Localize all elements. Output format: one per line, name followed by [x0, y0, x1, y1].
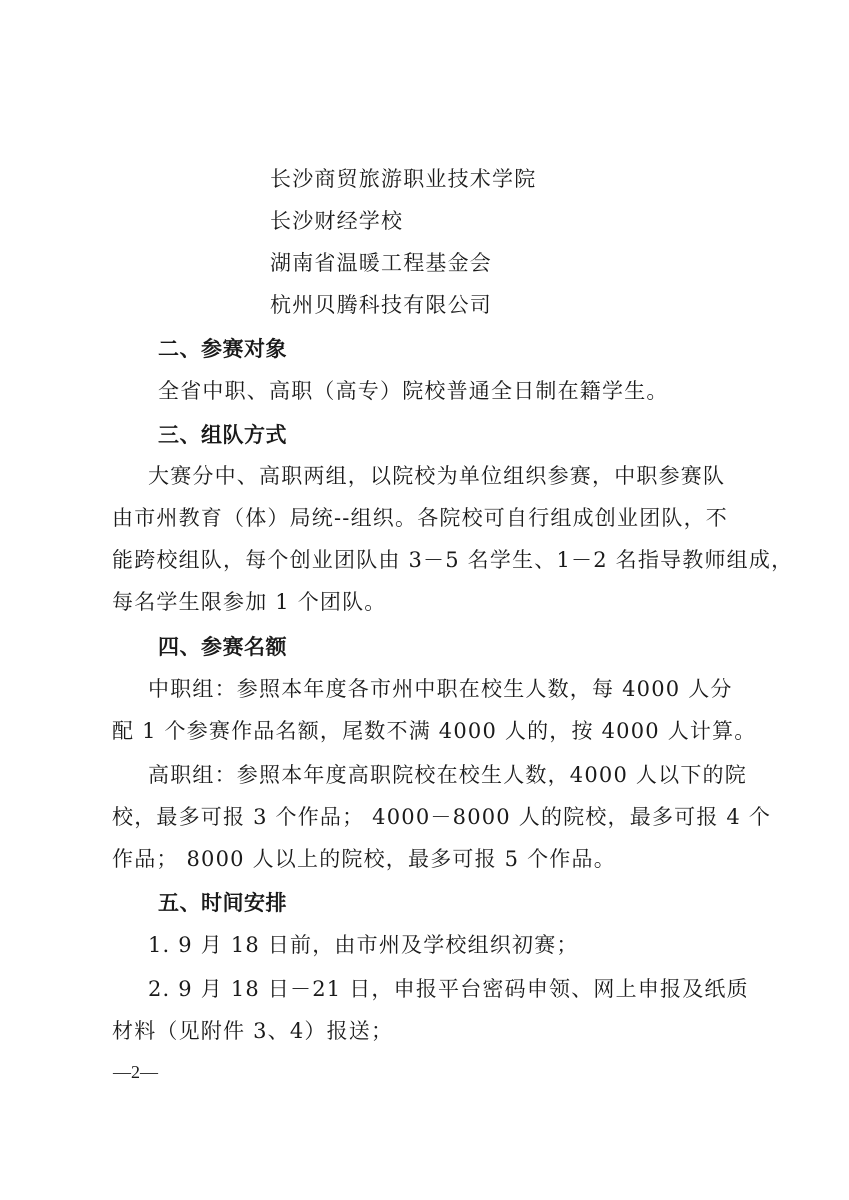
- organizer-item: 湖南省温暖工程基金会: [270, 250, 492, 276]
- list-item: 1. 9 月 18 日前，由市州及学校组织初赛；: [148, 932, 579, 958]
- paragraph-line: 全省中职、高职（高专）院校普通全日制在籍学生。: [158, 378, 669, 404]
- paragraph-line: 能跨校组队，每个创业团队由 3－5 名学生、1－2 名指导教师组成，: [112, 547, 793, 573]
- paragraph-line: 中职组：参照本年度各市州中职在校生人数，每 4000 人分: [148, 676, 733, 702]
- paragraph-line: 作品； 8000 人以上的院校，最多可报 5 个作品。: [112, 846, 616, 872]
- list-item: 2. 9 月 18 日－21 日，申报平台密码申领、网上申报及纸质: [148, 976, 749, 1002]
- section-heading-schedule: 五、时间安排: [158, 890, 287, 916]
- organizer-item: 长沙财经学校: [270, 208, 403, 234]
- organizer-item: 长沙商贸旅游职业技术学院: [270, 166, 536, 192]
- paragraph-line: 高职组：参照本年度高职院校在校生人数，4000 人以下的院: [148, 762, 747, 788]
- section-heading-quota: 四、参赛名额: [158, 634, 287, 660]
- page-number: —2—: [113, 1061, 158, 1083]
- paragraph-line: 由市州教育（体）局统--组织。各院校可自行组成创业团队，不: [112, 505, 728, 531]
- paragraph-line: 校，最多可报 3 个作品； 4000－8000 人的院校，最多可报 4 个: [112, 804, 771, 830]
- organizer-item: 杭州贝腾科技有限公司: [270, 292, 492, 318]
- section-heading-participants: 二、参赛对象: [158, 336, 287, 362]
- list-item: 材料（见附件 3、4）报送；: [112, 1018, 393, 1044]
- paragraph-line: 每名学生限参加 1 个团队。: [112, 589, 387, 615]
- paragraph-line: 大赛分中、高职两组，以院校为单位组织参赛，中职参赛队: [148, 463, 725, 489]
- paragraph-line: 配 1 个参赛作品名额，尾数不满 4000 人的，按 4000 人计算。: [112, 718, 757, 744]
- section-heading-team-formation: 三、组队方式: [158, 422, 287, 448]
